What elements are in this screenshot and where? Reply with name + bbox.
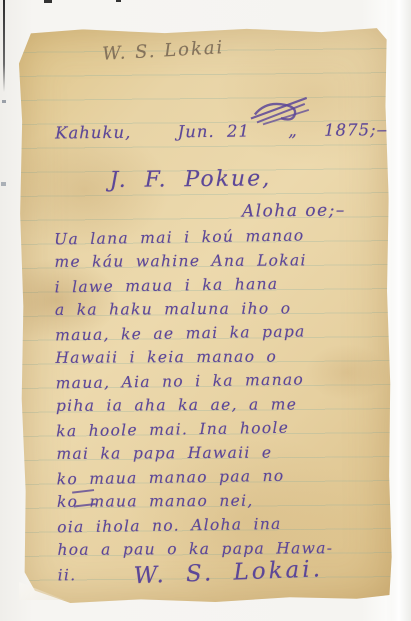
- body-line: me káu wahine Ana Lokai: [54, 248, 376, 274]
- body-line: piha ia aha ka ae, a me: [56, 392, 378, 418]
- dateline: Kahuku, Jun. 21 „ 1875;—: [55, 120, 394, 143]
- body-line: i lawe maua i ka hana: [55, 270, 377, 299]
- body-line: oia ihola no. Aloha ina: [57, 510, 379, 539]
- backing-sheet-edge: [391, 0, 411, 621]
- body-line: maua, Aia no i ka manao: [56, 366, 378, 395]
- scan-artifact: [116, 0, 121, 2]
- body-line: ko maua manao nei,: [57, 488, 379, 514]
- inline-correction-scribble: [72, 489, 96, 507]
- letter-paper: W. S. Lokai Kahuku, Jun. 21 „ 1875;— J. …: [16, 25, 394, 607]
- salutation: J. F. Pokue,: [109, 166, 271, 193]
- body-line: mai ka papa Hawaii e: [56, 440, 378, 466]
- dateline-year: 1875;—: [324, 120, 394, 140]
- pencil-name-header: W. S. Lokai: [102, 37, 225, 65]
- body-line: hoa a pau o ka papa Hawa-: [57, 536, 379, 562]
- body-line: ko maua manao paa no: [57, 462, 379, 491]
- body-line: maua, ke ae mai ka papa: [55, 318, 377, 347]
- scan-artifact-left-line: [3, 0, 5, 92]
- body-line: ka hoole mai. Ina hoole: [56, 414, 378, 443]
- scan-artifact: [44, 0, 52, 3]
- body-line: Ua lana mai i koú manao: [54, 222, 376, 251]
- greeting: Aloha oe;–: [242, 201, 346, 222]
- letter-body: Ua lana mai i koú manao me káu wahine An…: [54, 223, 380, 586]
- body-line: Hawaii i keia manao o: [55, 344, 377, 370]
- scan-artifact: [1, 182, 6, 186]
- signature: W. S. Lokai.: [133, 556, 323, 589]
- dateline-date: Jun. 21: [178, 122, 251, 142]
- dateline-place: Kahuku,: [55, 123, 131, 143]
- scan-artifact: [2, 100, 6, 103]
- body-line: a ka haku maluna iho o: [55, 296, 377, 322]
- crossed-out-word-scribble: [249, 92, 311, 127]
